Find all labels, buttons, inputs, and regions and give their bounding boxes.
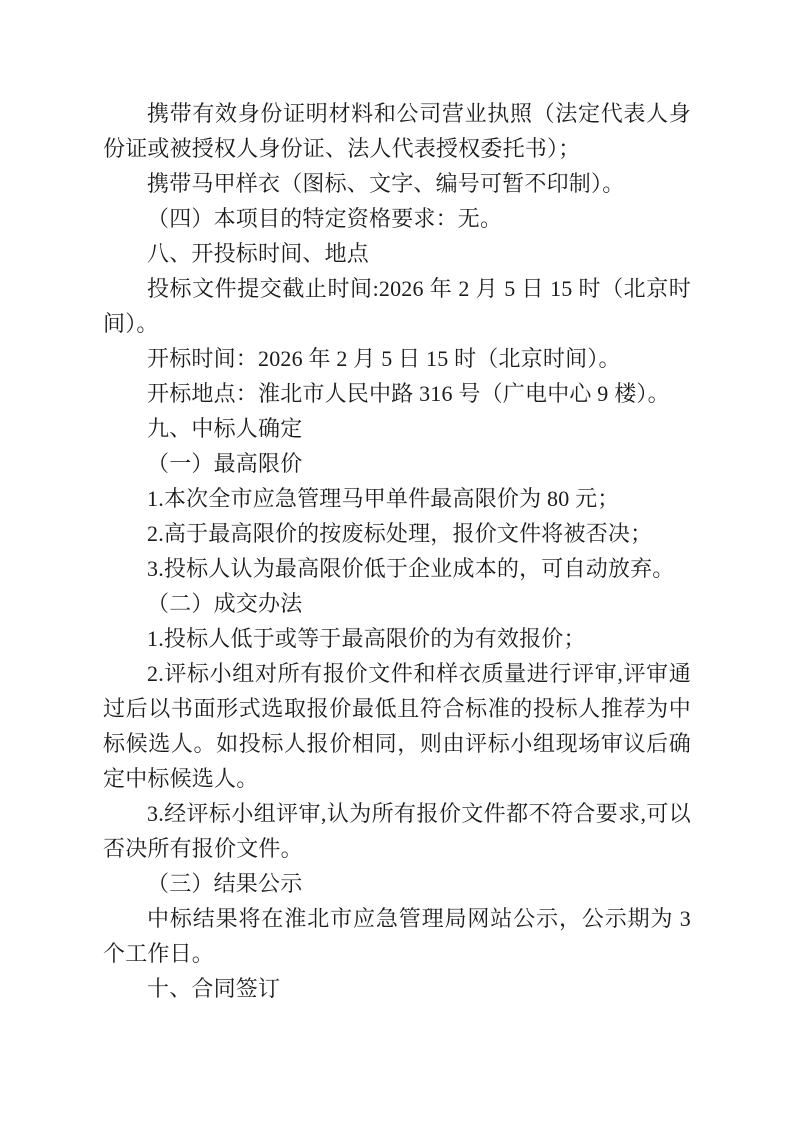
paragraph-carry-id-documents: 携带有效身份证明材料和公司营业执照（法定代表人身份证或被授权人身份证、法人代表授… (103, 96, 691, 166)
paragraph-max-price-item-2: 2.高于最高限价的按废标处理，报价文件将被否决； (103, 516, 691, 551)
heading-section-9-winner-determination: 九、中标人确定 (103, 411, 691, 446)
heading-section-8-bid-opening-time-place: 八、开投标时间、地点 (103, 236, 691, 271)
heading-subsection-2-award-method: （二）成交办法 (103, 586, 691, 621)
paragraph-award-method-item-3: 3.经评标小组评审,认为所有报价文件都不符合要求,可以否决所有报价文件。 (103, 796, 691, 866)
paragraph-result-publicity: 中标结果将在淮北市应急管理局网站公示，公示期为 3 个工作日。 (103, 901, 691, 971)
paragraph-max-price-item-3: 3.投标人认为最高限价低于企业成本的，可自动放弃。 (103, 551, 691, 586)
paragraph-award-method-item-2: 2.评标小组对所有报价文件和样衣质量进行评审,评审通过后以书面形式选取报价最低且… (103, 656, 691, 796)
heading-subsection-1-max-price: （一）最高限价 (103, 446, 691, 481)
paragraph-special-qualification: （四）本项目的特定资格要求：无。 (103, 201, 691, 236)
document-text-block: 携带有效身份证明材料和公司营业执照（法定代表人身份证或被授权人身份证、法人代表授… (103, 96, 691, 1006)
paragraph-carry-sample-vest: 携带马甲样衣（图标、文字、编号可暂不印制）。 (103, 166, 691, 201)
paragraph-opening-time: 开标时间：2026 年 2 月 5 日 15 时（北京时间）。 (103, 341, 691, 376)
paragraph-max-price-item-1: 1.本次全市应急管理马甲单件最高限价为 80 元； (103, 481, 691, 516)
heading-subsection-3-result-publicity: （三）结果公示 (103, 866, 691, 901)
heading-section-10-contract-signing: 十、合同签订 (103, 971, 691, 1006)
paragraph-award-method-item-1: 1.投标人低于或等于最高限价的为有效报价； (103, 621, 691, 656)
document-page: 携带有效身份证明材料和公司营业执照（法定代表人身份证或被授权人身份证、法人代表授… (0, 0, 793, 1122)
paragraph-opening-place: 开标地点：淮北市人民中路 316 号（广电中心 9 楼）。 (103, 376, 691, 411)
paragraph-submission-deadline: 投标文件提交截止时间:2026 年 2 月 5 日 15 时（北京时间）。 (103, 271, 691, 341)
